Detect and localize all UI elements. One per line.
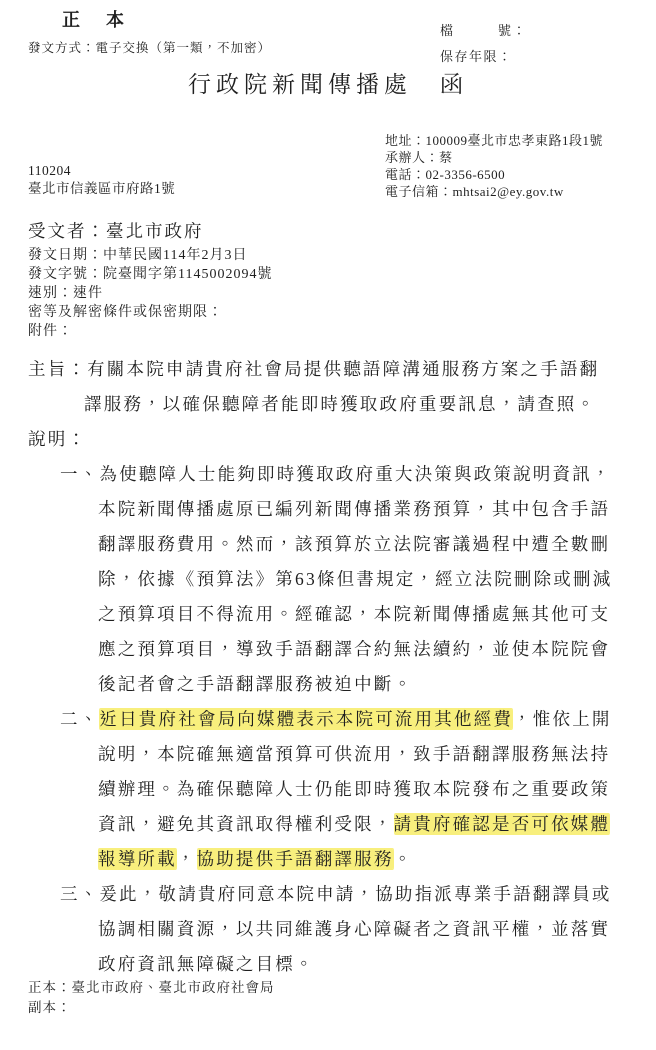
explanation-item-1-line: 後記者會之手語翻譯服務被迫中斷。 <box>98 667 638 702</box>
recipient-street-address: 臺北市信義區市府路1號 <box>28 180 175 198</box>
recipient-name: 受文者：臺北市政府 <box>28 218 204 243</box>
explanation-item-2-line: 說明，本院確無適當預算可供流用，致手語翻譯服務無法持 <box>98 737 638 772</box>
official-letter-page: 正 本 發文方式：電子交換（第一類，不加密） 檔 號： 保存年限： 行政院新聞傳… <box>0 0 656 1050</box>
item-1-text: 為使聽障人士能夠即時獲取政府重大決策與政策說明資訊， <box>99 464 611 484</box>
document-number: 發文字號：院臺聞字第1145002094號 <box>28 265 272 284</box>
highlighted-text: 報導所載 <box>98 849 177 869</box>
explanation-item-2-line: 續辦理。為確保聽障人士仍能即時獲取本院發布之重要政策 <box>98 772 638 807</box>
retention-period-label: 保存年限： <box>440 46 513 65</box>
file-number-label: 檔 號： <box>440 20 527 39</box>
item-1-marker: 一、 <box>60 457 99 492</box>
sender-info-block: 地址：100009臺北市忠孝東路1段1號 承辦人：蔡 電話：02-3356-65… <box>385 132 603 200</box>
document-title: 行政院新聞傳播處 函 <box>0 66 656 99</box>
explanation-item-3-line: 政府資訊無障礙之目標。 <box>98 947 638 982</box>
attachment-label: 附件： <box>28 322 272 341</box>
letter-body: 主旨：有關本院申請貴府社會局提供聽語障溝通服務方案之手語翻 譯服務，以確保聽障者… <box>28 352 638 982</box>
distribution-block: 正本：臺北市政府、臺北市政府社會局 副本： <box>28 978 275 1018</box>
delivery-method-label: 發文方式：電子交換（第一類，不加密） <box>28 38 271 56</box>
item-2-text: ，惟依上開 <box>513 709 612 729</box>
subject-line-1: 主旨：有關本院申請貴府社會局提供聽語障溝通服務方案之手語翻 <box>28 352 638 387</box>
subject-text: 有關本院申請貴府社會局提供聽語障溝通服務方案之手語翻 <box>87 359 599 379</box>
highlighted-text: 協助提供手語翻譯服務 <box>197 849 394 869</box>
explanation-item-3-line: 協調相關資源，以共同維護身心障礙者之資訊平權，並落實 <box>98 912 638 947</box>
explanation-item-3-line: 三、爰此，敬請貴府同意本院申請，協助指派專業手語翻譯員或 <box>60 877 638 912</box>
item-3-marker: 三、 <box>60 877 99 912</box>
copy-type-label: 正 本 <box>62 6 128 32</box>
recipient-zip: 110204 <box>28 162 175 180</box>
sender-contact-person: 承辦人：蔡 <box>385 149 603 166</box>
item-2-text: 資訊，避免其資訊取得權利受限， <box>98 814 394 834</box>
original-recipients: 正本：臺北市政府、臺北市政府社會局 <box>28 978 275 998</box>
explanation-item-2-line: 報導所載，協助提供手語翻譯服務。 <box>98 842 638 877</box>
sender-address: 地址：100009臺北市忠孝東路1段1號 <box>385 132 603 149</box>
item-3-text: 爰此，敬請貴府同意本院申請，協助指派專業手語翻譯員或 <box>99 884 611 904</box>
subject-label: 主旨： <box>28 359 87 379</box>
item-2-text: 。 <box>394 849 414 869</box>
subject-line-2: 譯服務，以確保聽障者能即時獲取政府重要訊息，請查照。 <box>84 387 638 422</box>
document-meta-block: 發文日期：中華民國114年2月3日 發文字號：院臺聞字第1145002094號 … <box>28 246 272 341</box>
explanation-item-2-line: 資訊，避免其資訊取得權利受限，請貴府確認是否可依媒體 <box>98 807 638 842</box>
sender-email: 電子信箱：mhtsai2@ey.gov.tw <box>385 183 603 200</box>
explanation-item-1-line: 翻譯服務費用。然而，該預算於立法院審議過程中遭全數刪 <box>98 527 638 562</box>
issue-date: 發文日期：中華民國114年2月3日 <box>28 246 272 265</box>
explanation-item-2-line: 二、近日貴府社會局向媒體表示本院可流用其他經費，惟依上開 <box>60 702 638 737</box>
recipient-address-block: 110204 臺北市信義區市府路1號 <box>28 162 175 198</box>
explanation-item-1-line: 一、為使聽障人士能夠即時獲取政府重大決策與政策說明資訊， <box>60 457 638 492</box>
sender-phone: 電話：02-3356-6500 <box>385 166 603 183</box>
copy-recipients: 副本： <box>28 998 275 1018</box>
explanation-item-1-line: 應之預算項目，導致手語翻譯合約無法續約，並使本院院會 <box>98 632 638 667</box>
highlighted-text: 近日貴府社會局向媒體表示本院可流用其他經費 <box>99 709 513 729</box>
security-classification: 密等及解密條件或保密期限： <box>28 303 272 322</box>
item-2-marker: 二、 <box>60 702 99 737</box>
item-2-text: ， <box>177 849 197 869</box>
highlighted-text: 請貴府確認是否可依媒體 <box>394 814 611 834</box>
priority-level: 速別：速件 <box>28 284 272 303</box>
explanation-item-1-line: 除，依據《預算法》第63條但書規定，經立法院刪除或刪減 <box>98 562 638 597</box>
explanation-label: 說明： <box>28 422 638 457</box>
explanation-item-1-line: 本院新聞傳播處原已編列新聞傳播業務預算，其中包含手語 <box>98 492 638 527</box>
explanation-item-1-line: 之預算項目不得流用。經確認，本院新聞傳播處無其他可支 <box>98 597 638 632</box>
